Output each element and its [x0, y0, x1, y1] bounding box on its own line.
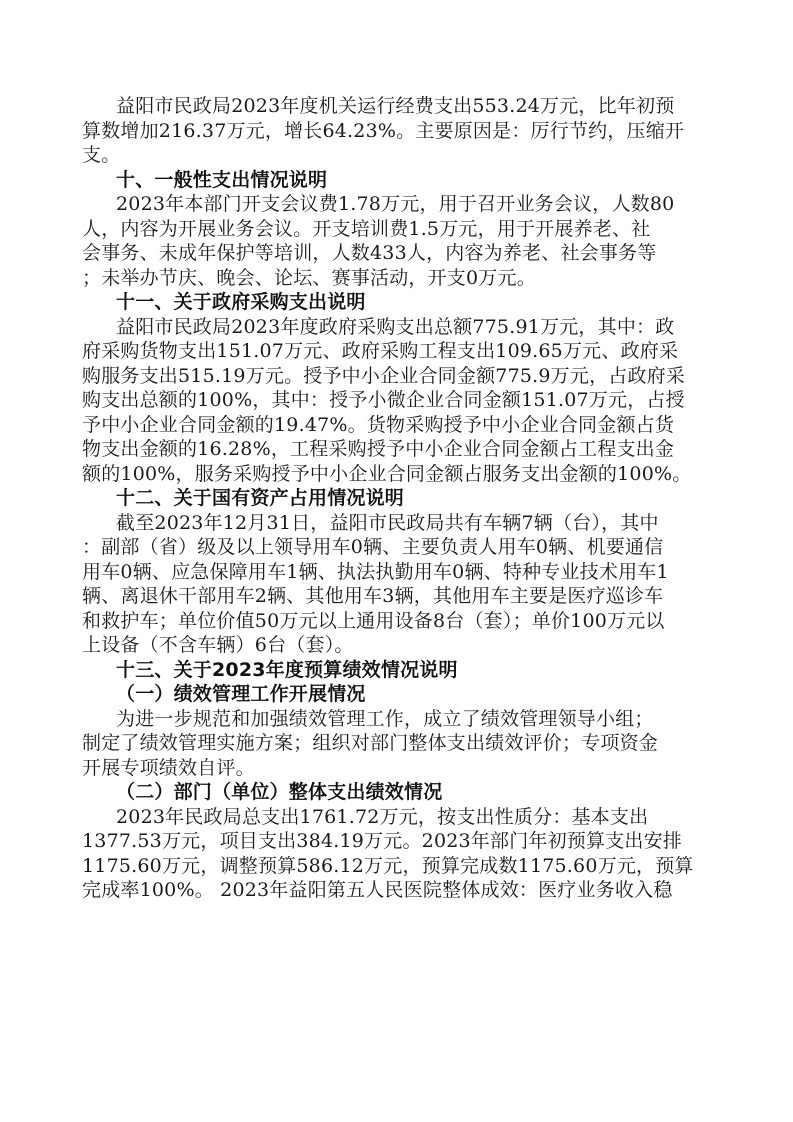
paragraph-line: 完成率100%。 2023年益阳第五人民医院整体成效：医疗业务收入稳	[82, 878, 712, 903]
paragraph-line: 用车0辆、应急保障用车1辆、执法执勤用车0辆、特种专业技术用车1	[82, 560, 712, 585]
paragraph-line: 算数增加216.37万元，增长64.23%。主要原因是：厉行节约，压缩开	[82, 119, 712, 144]
paragraph-line: 购支出总额的100%，其中：授予小微企业合同金额151.07万元，占授	[82, 388, 712, 413]
paragraph-line: 1377.53万元，项目支出384.19万元。2023年部门年初预算支出安排	[82, 829, 712, 854]
paragraph-line: 2023年民政局总支出1761.72万元，按支出性质分：基本支出	[82, 805, 712, 830]
paragraph-line: 人，内容为开展业务会议。开支培训费1.5万元，用于开展养老、社	[82, 217, 712, 242]
subsection-heading-1: （一）绩效管理工作开展情况	[82, 682, 712, 707]
paragraph-line: 为进一步规范和加强绩效管理工作，成立了绩效管理领导小组；	[82, 707, 712, 732]
paragraph-line: 益阳市民政局2023年度机关运行经费支出553.24万元，比年初预	[82, 94, 712, 119]
paragraph-line: 会事务、未成年保护等培训，人数433人，内容为养老、社会事务等	[82, 241, 712, 266]
section-heading-13: 十三、关于2023年度预算绩效情况说明	[82, 658, 712, 683]
paragraph-line: ；未举办节庆、晚会、论坛、赛事活动，开支0万元。	[82, 266, 712, 291]
paragraph-line: 府采购货物支出151.07万元、政府采购工程支出109.65万元、政府采	[82, 339, 712, 364]
paragraph-line: 物支出金额的16.28%，工程采购授予中小企业合同金额占工程支出金	[82, 437, 712, 462]
paragraph-line: 和救护车；单位价值50万元以上通用设备8台（套）；单价100万元以	[82, 609, 712, 634]
paragraph-line: ：副部（省）级及以上领导用车0辆、主要负责人用车0辆、机要通信	[82, 535, 712, 560]
paragraph-line: 支。	[82, 143, 712, 168]
section-heading-10: 十、一般性支出情况说明	[82, 168, 712, 193]
paragraph-line: 1175.60万元，调整预算586.12万元，预算完成数1175.60万元，预算	[82, 854, 712, 879]
paragraph-line: 予中小企业合同金额的19.47%。货物采购授予中小企业合同金额占货	[82, 413, 712, 438]
paragraph-line: 开展专项绩效自评。	[82, 756, 712, 781]
paragraph-line: 制定了绩效管理实施方案；组织对部门整体支出绩效评价；专项资金	[82, 731, 712, 756]
document-page: 益阳市民政局2023年度机关运行经费支出553.24万元，比年初预 算数增加21…	[82, 94, 712, 903]
paragraph-line: 辆、离退休干部用车2辆、其他用车3辆，其他用车主要是医疗巡诊车	[82, 584, 712, 609]
paragraph-line: 截至2023年12月31日，益阳市民政局共有车辆7辆（台），其中	[82, 511, 712, 536]
paragraph-line: 购服务支出515.19万元。授予中小企业合同金额775.9万元，占政府采	[82, 364, 712, 389]
subsection-heading-2: （二）部门（单位）整体支出绩效情况	[82, 780, 712, 805]
section-heading-11: 十一、关于政府采购支出说明	[82, 290, 712, 315]
paragraph-line: 上设备（不含车辆）6台（套）。	[82, 633, 712, 658]
paragraph-line: 额的100%，服务采购授予中小企业合同金额占服务支出金额的100%。	[82, 462, 712, 487]
section-heading-12: 十二、关于国有资产占用情况说明	[82, 486, 712, 511]
paragraph-line: 益阳市民政局2023年度政府采购支出总额775.91万元，其中：政	[82, 315, 712, 340]
paragraph-line: 2023年本部门开支会议费1.78万元，用于召开业务会议，人数80	[82, 192, 712, 217]
